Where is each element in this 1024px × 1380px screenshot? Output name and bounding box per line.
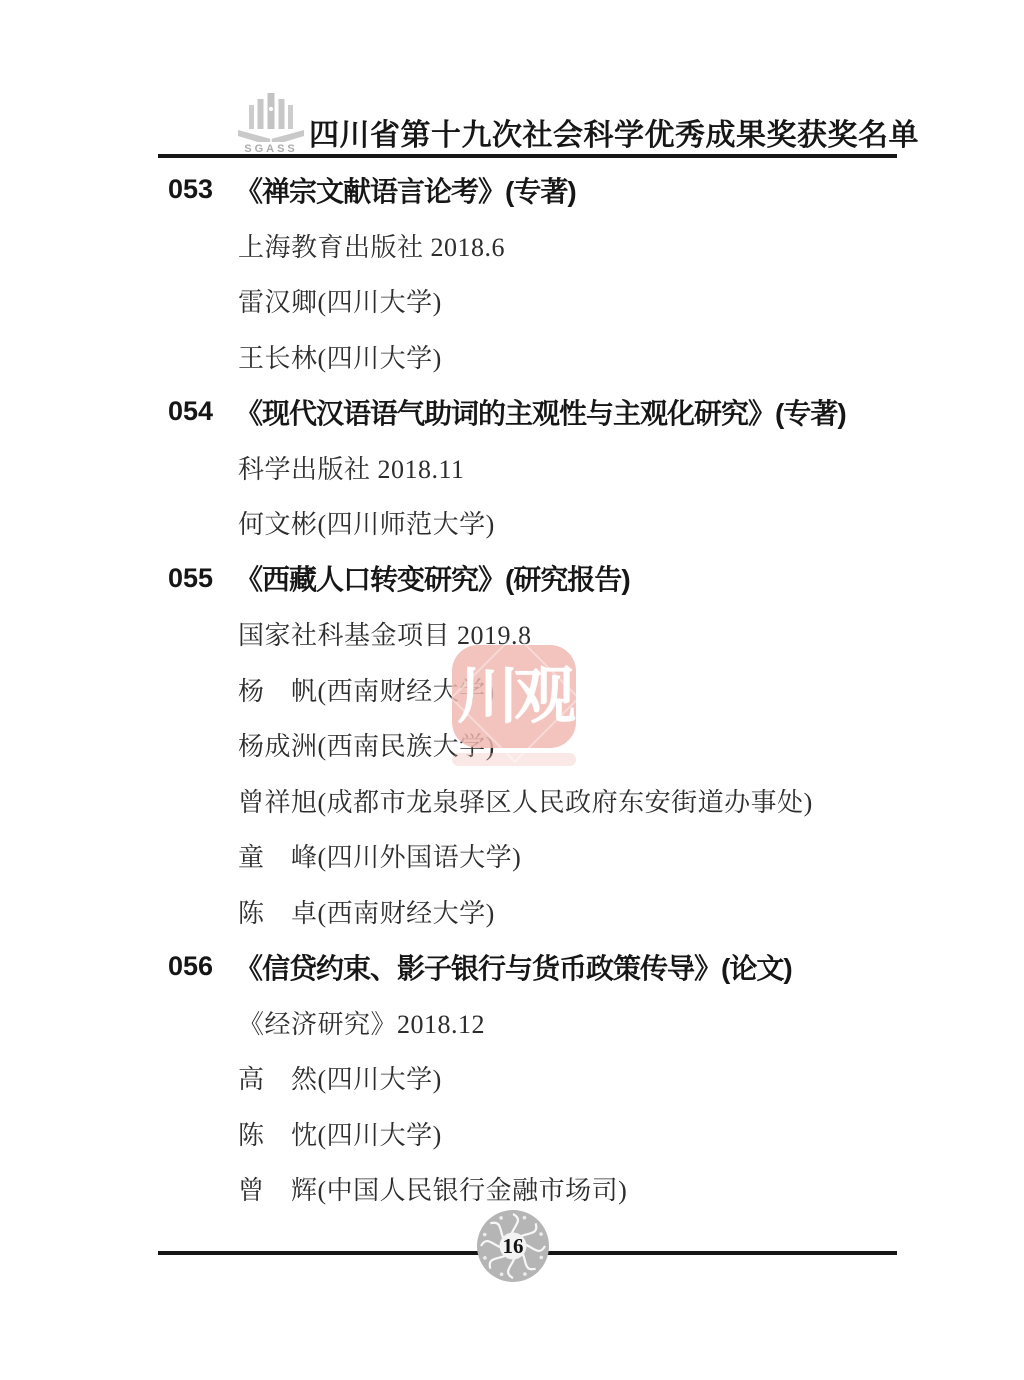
header-rule (158, 154, 897, 158)
entry-title: 《禅宗文献语言论考》(专著) (235, 170, 576, 210)
entry-detail: 曾祥旭(成都市龙泉驿区人民政府东安街道办事处) (238, 782, 813, 819)
entry-detail: 曾 辉(中国人民银行金融市场司) (238, 1170, 627, 1207)
entry-detail: 上海教育出版社 2018.6 (238, 227, 505, 264)
entry-detail: 雷汉卿(四川大学) (238, 282, 442, 319)
entries: 053《禅宗文献语言论考》(专著)上海教育出版社 2018.6雷汉卿(四川大学)… (0, 162, 1024, 1217)
entry-detail: 杨 帆(西南财经大学) (238, 671, 495, 708)
entry-detail: 陈 卓(西南财经大学) (238, 893, 495, 930)
entry-row: 055《西藏人口转变研究》(研究报告) (0, 551, 1024, 607)
entry-number: 055 (168, 563, 235, 594)
entry-detail: 高 然(四川大学) (238, 1059, 442, 1096)
entry-detail-row: 杨成洲(西南民族大学) (0, 717, 1024, 773)
entry-detail-row: 何文彬(四川师范大学) (0, 495, 1024, 551)
entry-row: 053《禅宗文献语言论考》(专著) (0, 162, 1024, 218)
entry-detail: 王长林(四川大学) (238, 338, 442, 375)
page-number: 16 (476, 1209, 550, 1283)
entry-detail-row: 陈 卓(西南财经大学) (0, 884, 1024, 940)
entry-detail-row: 高 然(四川大学) (0, 1050, 1024, 1106)
sgass-logo-icon (226, 92, 316, 142)
entry-title: 《信贷约束、影子银行与货币政策传导》(论文) (235, 947, 792, 987)
entry-detail-row: 王长林(四川大学) (0, 329, 1024, 385)
entry-row: 054《现代汉语语气助词的主观性与主观化研究》(专著) (0, 384, 1024, 440)
entry-detail-row: 雷汉卿(四川大学) (0, 273, 1024, 329)
entry-detail-row: 上海教育出版社 2018.6 (0, 218, 1024, 274)
entry-title: 《现代汉语语气助词的主观性与主观化研究》(专著) (235, 392, 846, 432)
entry-detail: 国家社科基金项目 2019.8 (238, 615, 532, 652)
entry-detail: 《经济研究》2018.12 (238, 1004, 485, 1041)
page-emblem: 16 (476, 1209, 550, 1283)
entry-number: 056 (168, 951, 235, 982)
entry-detail: 科学出版社 2018.11 (238, 449, 465, 486)
page-title: 四川省第十九次社会科学优秀成果奖获奖名单 (309, 110, 919, 154)
entry-detail-row: 科学出版社 2018.11 (0, 440, 1024, 496)
entry-detail: 陈 忱(四川大学) (238, 1115, 442, 1152)
entry-detail-row: 陈 忱(四川大学) (0, 1106, 1024, 1162)
entry-detail-row: 国家社科基金项目 2019.8 (0, 606, 1024, 662)
entry-detail-row: 杨 帆(西南财经大学) (0, 662, 1024, 718)
entry-detail-row: 《经济研究》2018.12 (0, 995, 1024, 1051)
entry-detail-row: 曾祥旭(成都市龙泉驿区人民政府东安街道办事处) (0, 773, 1024, 829)
entry-number: 054 (168, 396, 235, 427)
sgass-logo: SGASS (224, 92, 318, 155)
entry-detail-row: 童 峰(四川外国语大学) (0, 828, 1024, 884)
entry-detail: 何文彬(四川师范大学) (238, 504, 495, 541)
entry-title: 《西藏人口转变研究》(研究报告) (235, 558, 630, 598)
document-page: SGASS 四川省第十九次社会科学优秀成果奖获奖名单 053《禅宗文献语言论考》… (0, 0, 1024, 1380)
entry-row: 056《信贷约束、影子银行与货币政策传导》(论文) (0, 939, 1024, 995)
entry-number: 053 (168, 174, 235, 205)
entry-detail: 杨成洲(西南民族大学) (238, 726, 495, 763)
entry-detail: 童 峰(四川外国语大学) (238, 837, 521, 874)
